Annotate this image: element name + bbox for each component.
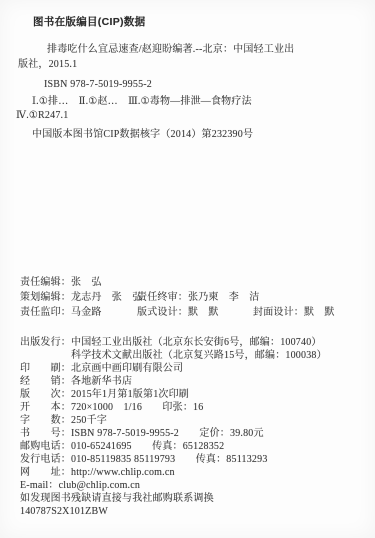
- distributor-line: 经 销：各地新华书店: [20, 375, 132, 388]
- edition-line: 版 次：2015年1月第1版第1次印刷: [20, 388, 189, 401]
- distribution-phone-line: 发行电话：010-85119835 85119793 传真：85113293: [20, 453, 268, 466]
- book-title-author-line: 排毒吃什么宜忌速查/赵迎盼编著.--北京：中国轻工业出: [47, 43, 294, 56]
- email-line: E-mail：club@chlip.com.cn: [20, 479, 140, 492]
- book-copyright-page: 图书在版编目(CIP)数据 排毒吃什么宜忌速查/赵迎盼编著.--北京：中国轻工业…: [0, 0, 375, 538]
- planning-editor: 策划编辑：龙志丹 张 弘: [20, 291, 142, 304]
- defect-exchange-notice: 如发现图书残缺请直接与我社邮购联系调换: [20, 492, 214, 505]
- cover-designer: 封面设计：默 默: [253, 306, 335, 319]
- publisher-line: 出版发行：中国轻工业出版社（北京东长安街6号，邮编：100740）: [20, 336, 322, 349]
- format-line: 开 本：720×1000 1/16 印张：16: [20, 401, 203, 414]
- classification-line: Ⅰ.①排… Ⅱ.①赵… Ⅲ.①毒物—排泄—食物疗法: [32, 95, 252, 108]
- cip-heading: 图书在版编目(CIP)数据: [33, 16, 145, 29]
- print-supervisor: 责任监印：马金路: [20, 306, 102, 319]
- layout-designer: 版式设计：默 默: [137, 306, 219, 319]
- book-number-price-line: 书 号：ISBN 978-7-5019-9955-2 定价：39.80元: [20, 427, 264, 440]
- product-code: 140787S2X101ZBW: [20, 505, 108, 518]
- final-reviewer: 责任终审：张乃柬 李 洁: [137, 291, 259, 304]
- printer-line: 印 刷：北京画中画印刷有限公司: [20, 362, 183, 375]
- mail-order-phone-line: 邮购电话：010-65241695 传真：65128352: [20, 440, 224, 453]
- isbn-line: ISBN 978-7-5019-9955-2: [44, 78, 152, 91]
- website-line: 网 址：http://www.chlip.com.cn: [20, 466, 175, 479]
- responsible-editor: 责任编辑：张 弘: [20, 276, 102, 289]
- publisher-line-2: 科学技术文献出版社（北京复兴路15号，邮编：100038）: [20, 349, 327, 362]
- cip-record-number: 中国版本图书馆CIP数据核字（2014）第232390号: [32, 128, 253, 141]
- classification-line-continued: Ⅳ.①R247.1: [16, 109, 68, 122]
- book-title-author-line-continued: 版社，2015.1: [18, 58, 77, 71]
- word-count-line: 字 数：250千字: [20, 414, 107, 427]
